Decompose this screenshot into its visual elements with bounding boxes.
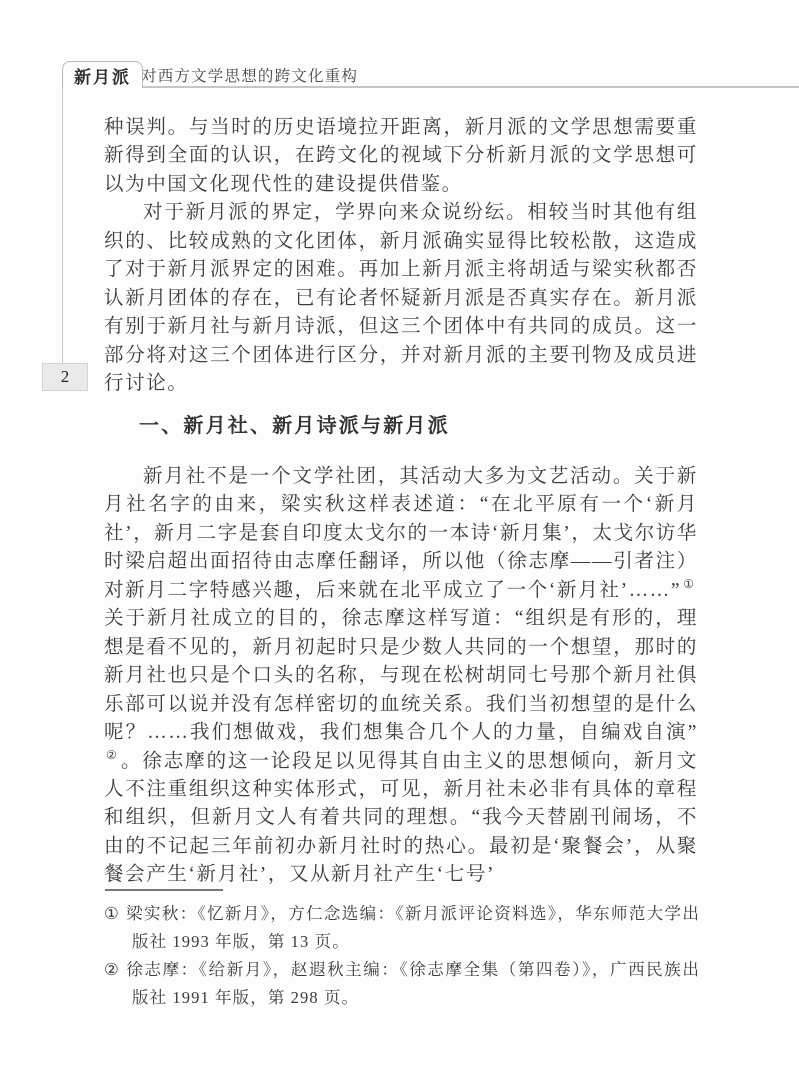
book-page: 新月派 对西方文学思想的跨文化重构 2 种误判。与当时的历史语境拉开距离，新月派… (0, 0, 799, 1073)
footnote-text: 梁实秋：《忆新月》，方仁念选编：《新月派评论资料选》，华东师范大学出版社 199… (126, 904, 700, 951)
section-heading: 一、新月社、新月诗派与新月派 (104, 412, 698, 440)
header-tab-label: 新月派 (74, 63, 131, 88)
footnote-ref: ① (683, 577, 694, 591)
page-body: 种误判。与当时的历史语境拉开距离，新月派的文学思想需要重新得到全面的认识，在跨文… (104, 114, 698, 890)
footnote-separator (105, 889, 223, 891)
footnote-text: 徐志摩：《给新月》，赵遐秋主编：《徐志摩全集（第四卷）》，广西民族出版社 199… (126, 960, 700, 1007)
paragraph-2: 对于新月派的界定，学界向来众说纷纭。相较当时其他有组织的、比较成熟的文化团体，新… (104, 199, 698, 398)
paragraph-1: 种误判。与当时的历史语境拉开距离，新月派的文学思想需要重新得到全面的认识，在跨文… (104, 114, 698, 199)
footnotes-section: ①梁实秋：《忆新月》，方仁念选编：《新月派评论资料选》，华东师范大学出版社 19… (104, 889, 700, 1012)
header-series-tab: 新月派 (62, 61, 143, 88)
header-rule (129, 86, 799, 88)
footnote-marker: ① (104, 904, 120, 923)
page-number-badge: 2 (42, 363, 88, 391)
header-book-title: 对西方文学思想的跨文化重构 (141, 64, 358, 86)
footnote-1: ①梁实秋：《忆新月》，方仁念选编：《新月派评论资料选》，华东师范大学出版社 19… (104, 900, 700, 956)
footnote-marker: ② (104, 960, 120, 979)
footnote-ref: ② (106, 748, 117, 762)
footnote-2: ②徐志摩：《给新月》，赵遐秋主编：《徐志摩全集（第四卷）》，广西民族出版社 19… (104, 956, 700, 1012)
margin-rule (62, 88, 63, 363)
paragraph-3: 新月社不是一个文学社团，其活动大多为文艺活动。关于新月社名字的由来，梁实秋这样表… (104, 463, 698, 890)
